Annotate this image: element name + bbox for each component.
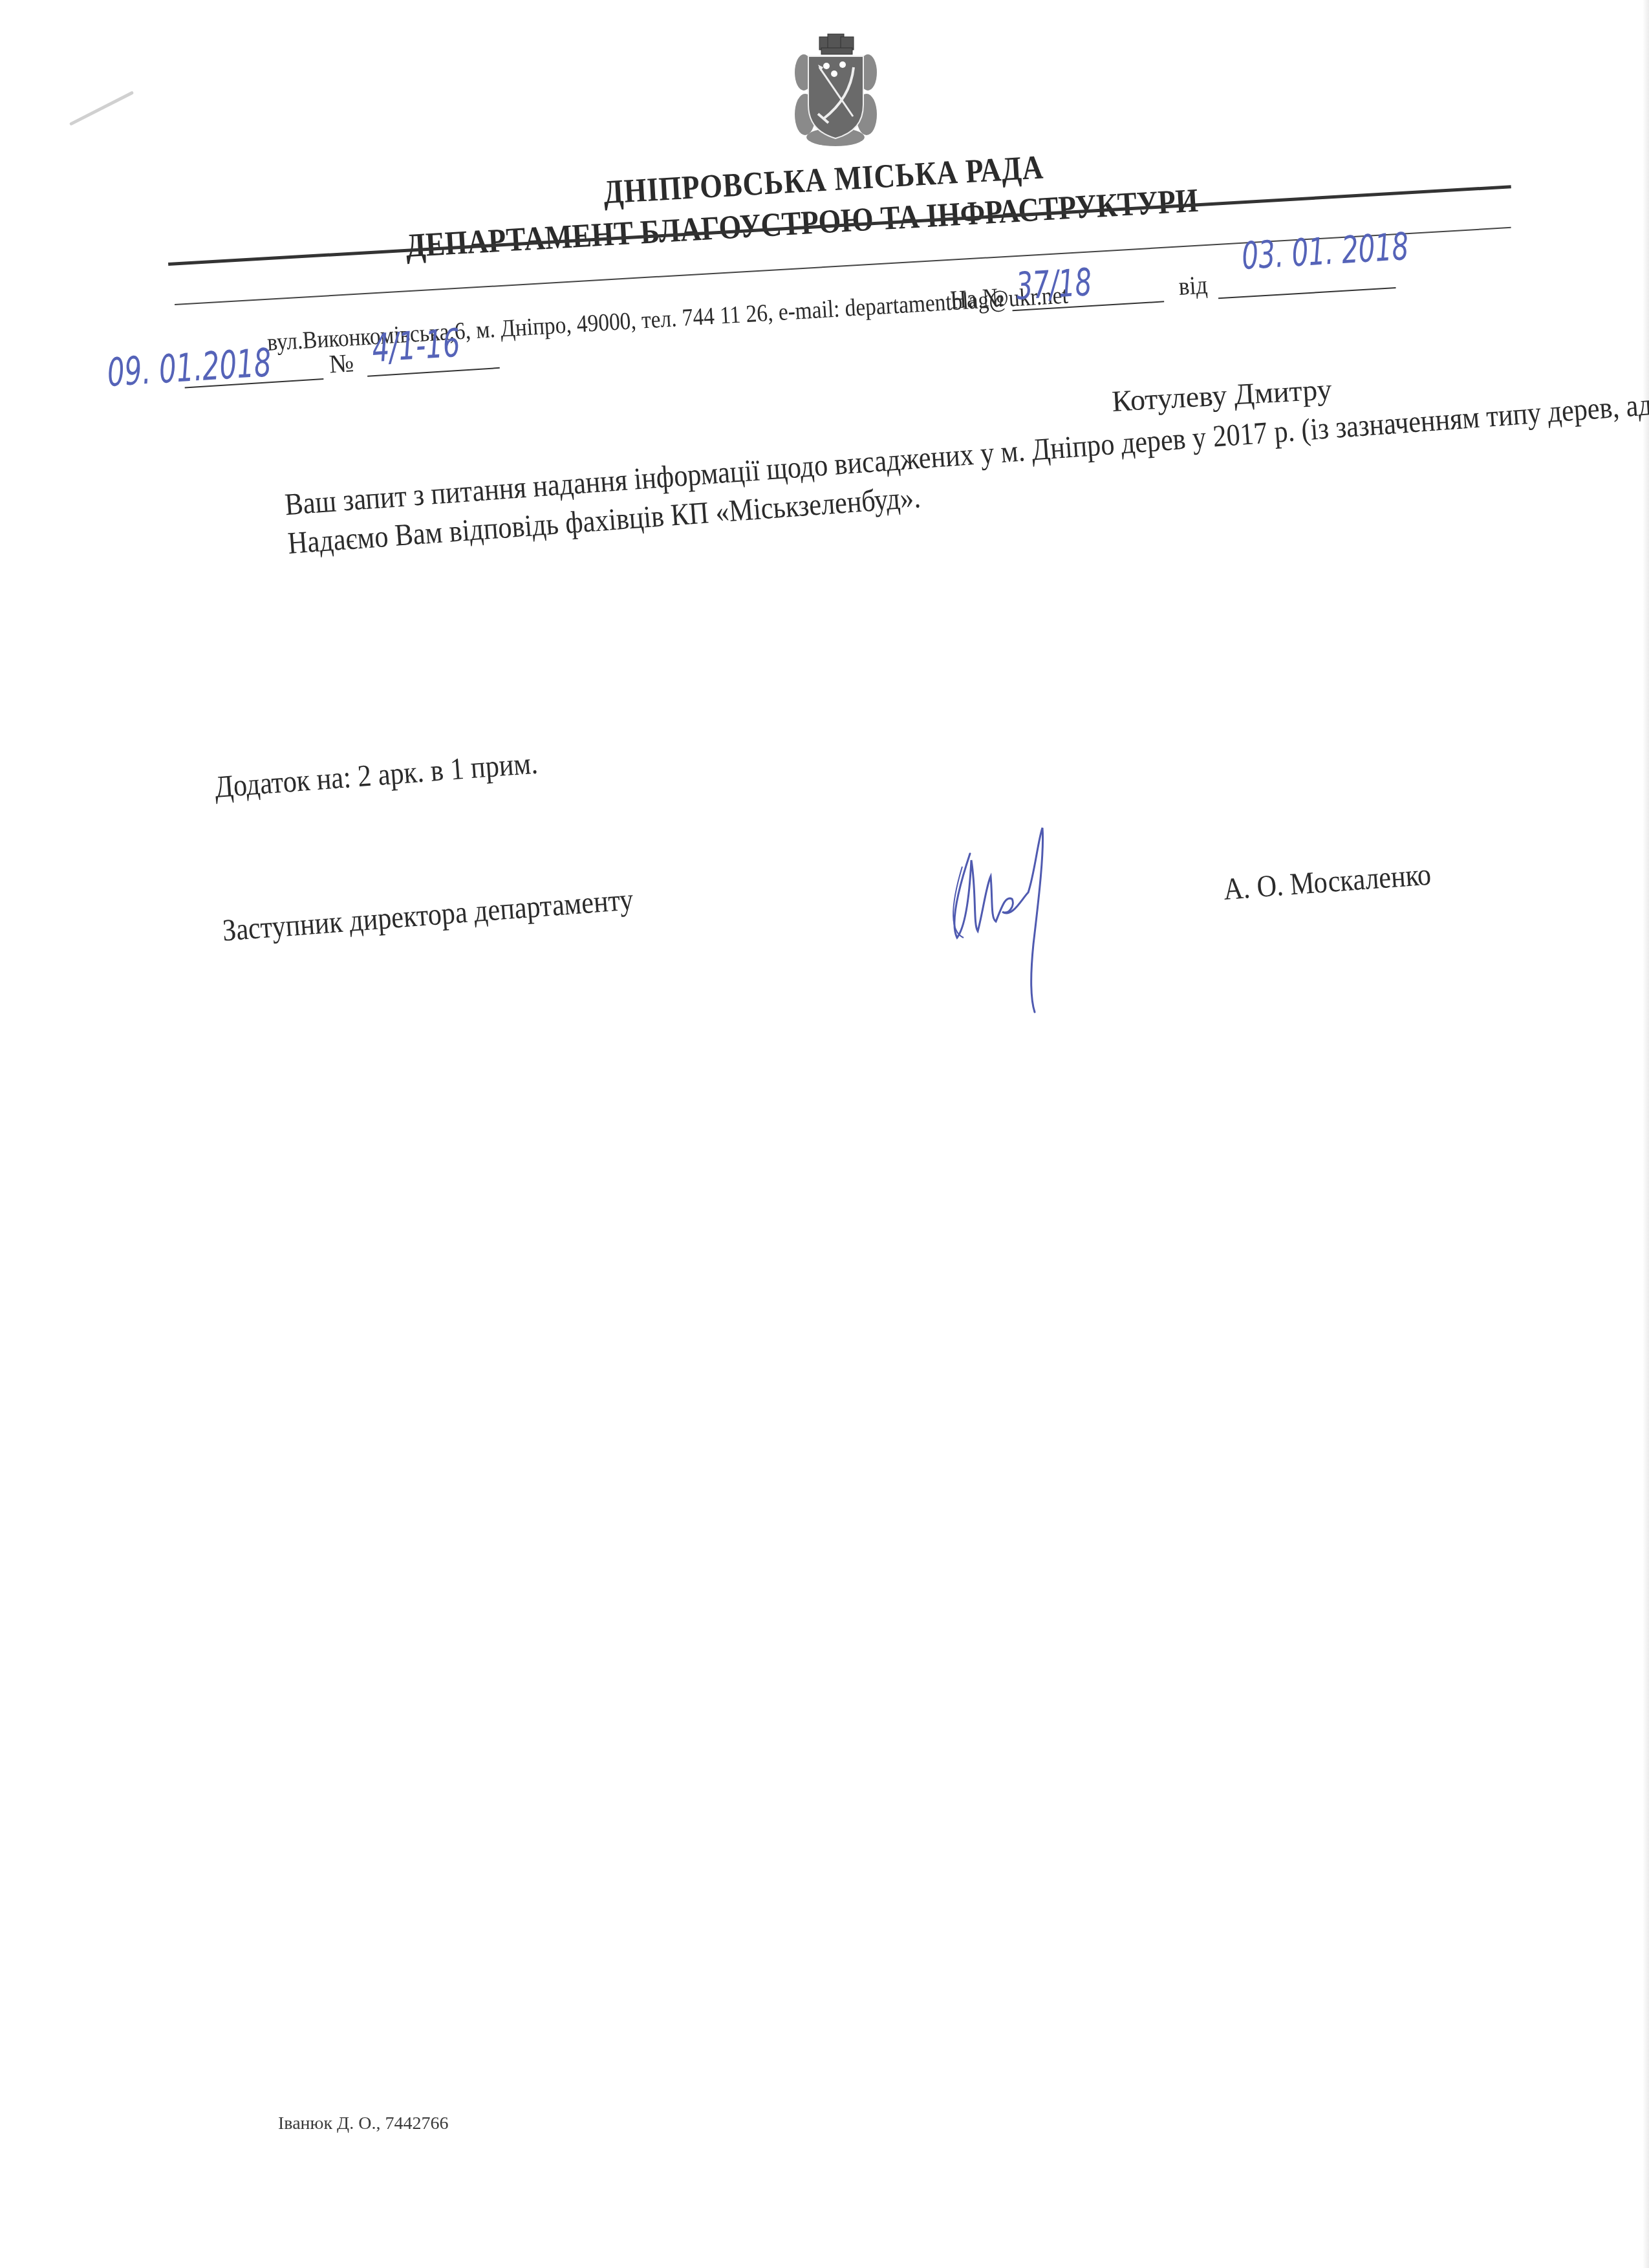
dnipro-coat-of-arms-icon (786, 34, 886, 147)
attachment-note: Додаток на: 2 арк. в 1 прим. (213, 745, 539, 805)
signer-position: Заступник директора департаменту (221, 881, 634, 949)
outgoing-number-field: 4/1-16 (365, 338, 500, 377)
incoming-date-handwritten: 03. 01. 2018 (1240, 224, 1410, 278)
handwritten-signature-icon (931, 815, 1145, 1028)
incoming-number-handwritten: 37/18 (1015, 260, 1093, 308)
incoming-number-label: На № (949, 281, 1005, 315)
outgoing-date-field: 09. 01.2018 (183, 349, 324, 388)
outgoing-date-handwritten: 09. 01.2018 (106, 340, 273, 396)
signer-name: А. О. Москаленко (1222, 856, 1432, 907)
outgoing-number-label: № (328, 348, 354, 378)
scan-edge-shadow (1643, 0, 1649, 2268)
incoming-date-label: від (1178, 269, 1208, 301)
letter-body: Ваш запит з питання надання інформації щ… (207, 393, 1554, 569)
outgoing-number-handwritten: 4/1-16 (371, 321, 461, 371)
scan-stray-mark (69, 91, 134, 125)
incoming-number-field: 37/18 (1011, 275, 1164, 311)
executor-contact: Іванюк Д. О., 7442766 (278, 2113, 448, 2134)
incoming-date-field: 03. 01. 2018 (1217, 261, 1396, 299)
incoming-reference: На №37/18 від 03. 01. 2018 (949, 258, 1396, 315)
